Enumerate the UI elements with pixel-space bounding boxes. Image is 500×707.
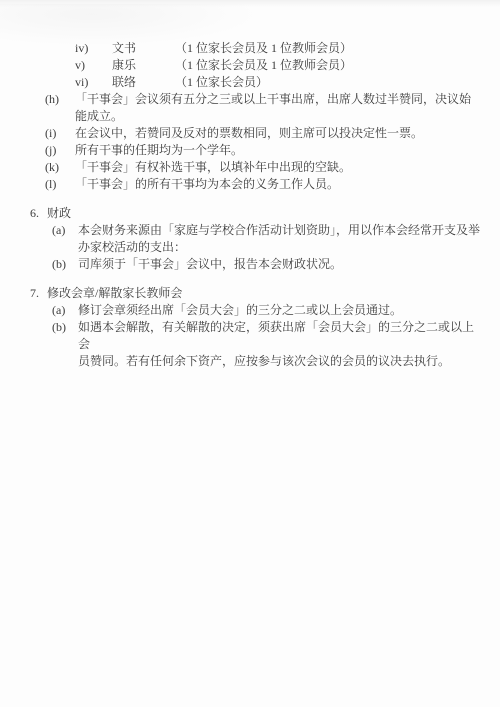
lettered-clause: (k) 「干事会」有权补选干事，以填补年中出现的空缺。 — [0, 159, 500, 176]
clause-text: 「干事会」有权补选干事，以填补年中出现的空缺。 — [75, 159, 483, 176]
section-heading: 6. 财政 — [0, 205, 500, 222]
role-title: 康乐 — [112, 57, 175, 74]
lettered-clause: (i) 在会议中，若赞同及反对的票数相同，则主席可以投决定性一票。 — [0, 125, 500, 142]
section-number: 7. — [30, 285, 47, 302]
document-content: iv) 文书 （1 位家长会员及 1 位教师会员） v) 康乐 （1 位家长会员… — [0, 40, 500, 370]
clause-label: (j) — [45, 142, 75, 159]
section-number: 6. — [30, 205, 47, 222]
role-title: 联络 — [112, 74, 175, 91]
scan-artifact-top-edge — [0, 0, 500, 7]
clause-text: 司库须于「干事会」会议中，报告本会财政状况。 — [78, 256, 480, 273]
lettered-clause: (l) 「干事会」的所有干事均为本会的义务工作人员。 — [0, 176, 500, 193]
role-composition: （1 位家长会员及 1 位教师会员） — [175, 57, 352, 74]
roman-list-item: vi) 联络 （1 位家长会员） — [0, 74, 500, 91]
lettered-clause: (j) 所有干事的任期均为一个学年。 — [0, 142, 500, 159]
clause-text: 修订会章须经出席「会员大会」的三分之二或以上会员通过。 — [78, 302, 480, 319]
clause-label: (l) — [45, 176, 75, 193]
clause-text: 「干事会」会议须有五分之三或以上干事出席，出席人数过半赞同，决议始 能成立。 — [75, 91, 483, 125]
section-title: 财政 — [47, 205, 71, 222]
clause-text: 「干事会」的所有干事均为本会的义务工作人员。 — [75, 176, 483, 193]
roman-numeral: iv) — [75, 40, 112, 57]
clause-label: (h) — [45, 91, 75, 125]
lettered-clause: (a) 修订会章须经出席「会员大会」的三分之二或以上会员通过。 — [0, 302, 500, 319]
scanned-document-page: iv) 文书 （1 位家长会员及 1 位教师会员） v) 康乐 （1 位家长会员… — [0, 0, 500, 707]
lettered-clause: (h) 「干事会」会议须有五分之三或以上干事出席，出席人数过半赞同，决议始 能成… — [0, 91, 500, 125]
clause-text: 本会财务来源由「家庭与学校合作活动计划资助」，用以作本会经常开支及举 办家校活动… — [78, 222, 480, 256]
clause-text: 在会议中，若赞同及反对的票数相同，则主席可以投决定性一票。 — [75, 125, 483, 142]
lettered-clause: (b) 如遇本会解散，有关解散的决定，须获出席「会员大会」的三分之二或以上会 员… — [0, 319, 500, 370]
clause-label: (b) — [52, 256, 78, 273]
clause-text: 所有干事的任期均为一个学年。 — [75, 142, 483, 159]
lettered-clause: (b) 司库须于「干事会」会议中，报告本会财政状况。 — [0, 256, 500, 273]
clause-label: (b) — [52, 319, 78, 370]
clause-label: (i) — [45, 125, 75, 142]
role-composition: （1 位家长会员及 1 位教师会员） — [175, 40, 352, 57]
section-amendment-dissolution: 7. 修改会章/解散家长教师会 (a) 修订会章须经出席「会员大会」的三分之二或… — [0, 285, 500, 370]
section-finance: 6. 财政 (a) 本会财务来源由「家庭与学校合作活动计划资助」，用以作本会经常… — [0, 205, 500, 273]
roman-numeral: vi) — [75, 74, 112, 91]
section-title: 修改会章/解散家长教师会 — [47, 285, 182, 302]
roman-list-item: v) 康乐 （1 位家长会员及 1 位教师会员） — [0, 57, 500, 74]
clause-label: (a) — [52, 302, 78, 319]
lettered-clause: (a) 本会财务来源由「家庭与学校合作活动计划资助」，用以作本会经常开支及举 办… — [0, 222, 500, 256]
clause-label: (a) — [52, 222, 78, 256]
roman-numeral: v) — [75, 57, 112, 74]
role-title: 文书 — [112, 40, 175, 57]
clause-label: (k) — [45, 159, 75, 176]
roman-list-item: iv) 文书 （1 位家长会员及 1 位教师会员） — [0, 40, 500, 57]
section-heading: 7. 修改会章/解散家长教师会 — [0, 285, 500, 302]
role-composition: （1 位家长会员） — [175, 74, 268, 91]
clause-text: 如遇本会解散，有关解散的决定，须获出席「会员大会」的三分之二或以上会 员赞同。若… — [78, 319, 480, 370]
